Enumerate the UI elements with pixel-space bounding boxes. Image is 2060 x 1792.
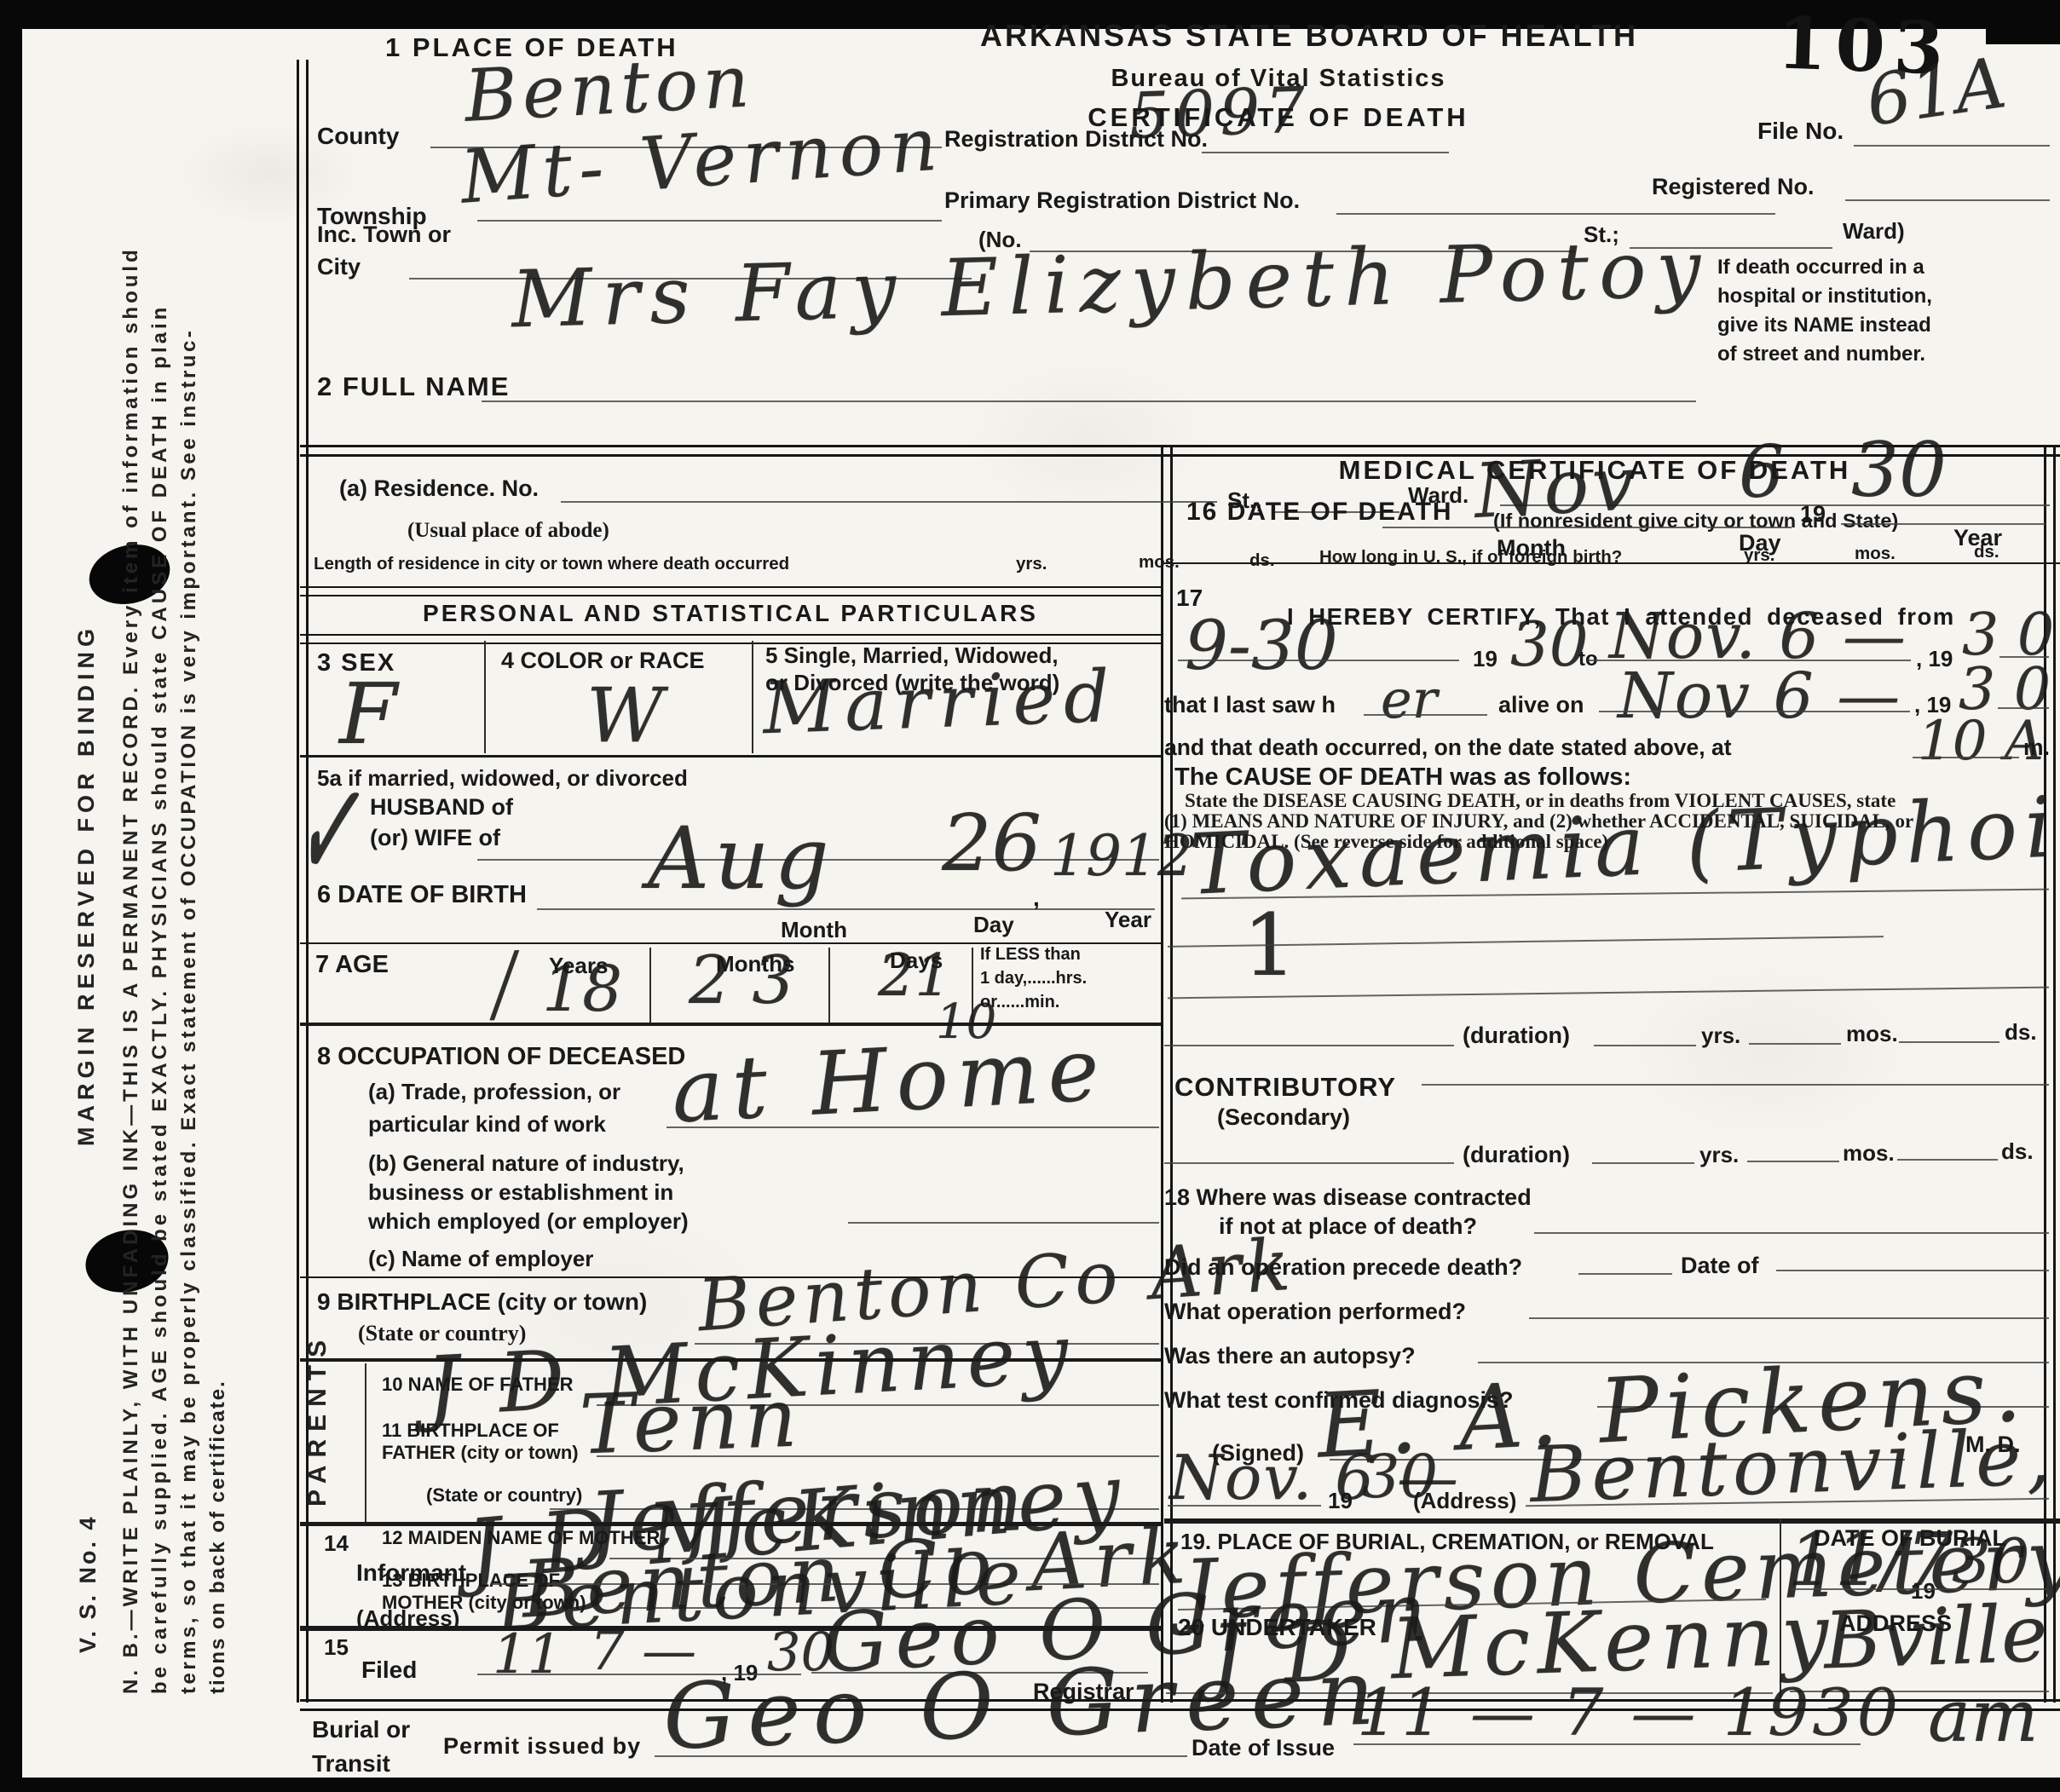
last-saw-value: Nov 6 — — [1618, 665, 1901, 728]
sign-address-label: (Address) — [1413, 1489, 1516, 1512]
informant-number: 14 — [324, 1532, 349, 1554]
cause-duration-label: (duration) — [1463, 1024, 1570, 1047]
dod-year-label: Year — [1953, 527, 2002, 550]
contributory-line — [1422, 1084, 2049, 1086]
residence-label: (a) Residence. No. — [339, 477, 539, 500]
ampm-value: am — [1928, 1680, 2039, 1752]
ward-paren-label: Ward) — [1843, 220, 1905, 242]
dob-comma: , — [1033, 886, 1040, 910]
filed-number: 15 — [324, 1636, 349, 1658]
parents-bracket-line — [365, 1363, 366, 1524]
sex-value: F — [339, 673, 397, 757]
occupation-b-line — [848, 1222, 1159, 1224]
permit-line — [655, 1755, 1187, 1757]
length-residence-label: Length of residence in city or town wher… — [314, 556, 789, 573]
full-name-label: 2 FULL NAME — [317, 373, 510, 400]
margin-note-line4: tions on back of certificate. — [208, 1380, 228, 1694]
personal-section-title: PERSONAL AND STATISTICAL PARTICULARS — [300, 602, 1161, 625]
q-autopsy-label: Was there an autopsy? — [1164, 1345, 1416, 1368]
occupation-c: (c) Name of employer — [368, 1247, 593, 1270]
filed-label: Filed — [361, 1658, 417, 1682]
secondary-duration-line-2 — [1592, 1162, 1694, 1164]
attended-from-19: 19 — [1473, 648, 1497, 670]
dob-year-label: Year — [1105, 908, 1151, 931]
file-no-value: 61A — [1862, 49, 2010, 137]
hospital-note-1: If death occurred in a — [1717, 257, 1924, 278]
dob-month-value: Aug — [648, 816, 834, 902]
secondary-duration-line-4 — [1897, 1159, 1998, 1161]
occupation-a1: (a) Trade, profession, or — [368, 1080, 620, 1103]
file-no-label: File No. — [1757, 119, 1844, 143]
margin-form-number: V. S. No. 4 — [77, 1514, 100, 1653]
dod-month-line — [1382, 527, 1698, 528]
age-check-slash: ∕ — [494, 941, 515, 1026]
last-saw-her: er — [1381, 673, 1437, 726]
divider-sex-color — [484, 641, 486, 753]
undertaker-address-value: Bville — [1822, 1594, 2048, 1680]
q18-line-2: if not at place of death? — [1219, 1215, 1477, 1238]
scanned-death-certificate: MARGIN RESERVED FOR BINDING V. S. No. 4 … — [0, 0, 2060, 1792]
date-of-death-year-value: 30 — [1851, 433, 1947, 508]
age-label: 7 AGE — [315, 953, 389, 977]
age-less-label-1: If LESS than — [980, 946, 1081, 963]
age-less-label-2: 1 day,......hrs. — [980, 970, 1087, 987]
county-label: County — [317, 124, 399, 148]
attended-from-value: 9-30 — [1185, 612, 1338, 680]
duration-line-1 — [1164, 1045, 1454, 1046]
residence-line — [561, 501, 1217, 503]
rule-under-sex-row — [300, 755, 1161, 758]
rule-under-dod — [1164, 562, 2060, 564]
secondary-duration-ds: ds. — [2001, 1140, 2034, 1162]
father-birthplace-label-1: 11 BIRTHPLACE OF — [382, 1421, 559, 1440]
date-of-death-month-value: Nov — [1473, 446, 1640, 529]
last-saw-line-1 — [1364, 714, 1487, 716]
dod-day-line — [1706, 527, 1792, 528]
secondary-duration-label: (duration) — [1463, 1144, 1570, 1167]
permit-issued-label: Permit issued by — [443, 1735, 641, 1758]
scan-edge-bottom — [0, 1778, 2060, 1792]
father-birthplace-label-2: FATHER (city or town) — [382, 1443, 579, 1462]
q18-line — [1534, 1232, 2049, 1234]
date-of-death-day-value: 6 — [1739, 436, 1784, 508]
duration-line-2 — [1594, 1045, 1696, 1046]
q-operation-label: Did an operation precede death? — [1164, 1256, 1522, 1279]
dob-day-label: Day — [973, 913, 1014, 936]
us-mos: mos. — [1855, 545, 1896, 563]
color-race-value: W — [586, 678, 663, 753]
transit-label: Transit — [312, 1752, 390, 1776]
length-ds: ds. — [1249, 552, 1275, 570]
duration-line-3 — [1749, 1043, 1841, 1045]
divider-months-days — [828, 948, 830, 1023]
age-years-value: 18 — [542, 958, 622, 1021]
occupation-label: 8 OCCUPATION OF DECEASED — [317, 1045, 685, 1069]
death-time-line — [1913, 757, 2019, 758]
death-time-m-label: m. — [2023, 736, 2050, 759]
death-occurred-statement: and that death occurred, on the date sta… — [1164, 736, 1732, 759]
registration-district-line — [1202, 152, 1449, 153]
margin-note-line3: terms, so that it may be properly classi… — [179, 328, 199, 1694]
cause-duration-ds: ds. — [2005, 1021, 2037, 1043]
full-name-line — [482, 400, 1696, 402]
contributory-label: CONTRIBUTORY — [1174, 1074, 1396, 1100]
occupation-b1: (b) General nature of industry, — [368, 1152, 684, 1174]
dod-year-line — [1841, 523, 2046, 525]
dob-day-value: 26 — [942, 804, 1042, 883]
primary-registration-line — [1336, 213, 1775, 215]
occupation-a-line — [666, 1126, 1159, 1128]
dob-month-label: Month — [781, 919, 847, 941]
burial-date-year: 30 — [1952, 1530, 2030, 1592]
hospital-note-3: give its NAME instead — [1717, 315, 1931, 336]
divider-years-months — [649, 948, 651, 1023]
parents-side-label: PARENTS — [305, 1333, 331, 1507]
scan-edge-left — [0, 0, 22, 1792]
cause-duration-mos: mos. — [1846, 1023, 1898, 1045]
margin-binding-note: MARGIN RESERVED FOR BINDING — [75, 624, 98, 1146]
color-race-label: 4 COLOR or RACE — [501, 649, 705, 672]
secondary-duration-line-1 — [1164, 1162, 1454, 1164]
father-birthplace-value: Tenn — [578, 1376, 803, 1466]
margin-note-line1: N. B.—WRITE PLAINLY, WITH UNFADING INK—T… — [121, 246, 141, 1694]
township-line — [477, 220, 942, 222]
secondary-label: (Secondary) — [1217, 1106, 1350, 1129]
registered-no-line — [1845, 199, 2050, 201]
date-of-death-19: 19 — [1800, 503, 1826, 526]
last-saw-label-2: alive on — [1498, 694, 1584, 717]
dod-day-label: Day — [1739, 532, 1781, 555]
secondary-duration-yrs: yrs. — [1699, 1144, 1739, 1166]
hospital-note-4: of street and number. — [1717, 344, 1925, 365]
informant-label: Informant — [356, 1561, 466, 1585]
q-what-operation-line — [1529, 1317, 2049, 1319]
marital-value: Married — [762, 660, 1119, 744]
scan-edge-top-right — [1986, 0, 2060, 44]
married-cond-label: 5a if married, widowed, or divorced — [317, 767, 688, 789]
q-operation-date-line — [1776, 1270, 2049, 1271]
q-operation-date-label: Date of — [1681, 1254, 1759, 1277]
inc-town-label-1: Inc. Town or — [317, 223, 451, 246]
rule-under-length-residence — [300, 586, 1161, 596]
attended-to-19: , 19 — [1916, 648, 1953, 670]
attended-line-1 — [1178, 660, 1459, 661]
q18-line-1: 18 Where was disease contracted — [1164, 1186, 1532, 1209]
date-of-issue-value: 11 — 7 — 1930 — [1357, 1680, 1901, 1745]
occupation-b2: business or establishment in — [368, 1181, 673, 1203]
age-months-value: 2 3 — [689, 948, 794, 1014]
dob-label: 6 DATE OF BIRTH — [317, 883, 527, 908]
occupation-b3: which employed (or employer) — [368, 1210, 689, 1232]
margin-note-line2: be carefully supplied. AGE should be sta… — [150, 304, 170, 1694]
date-of-death-label: 16 DATE OF DEATH — [1186, 499, 1453, 525]
dod-month-label: Month — [1497, 537, 1566, 560]
registered-no-label: Registered No. — [1652, 176, 1815, 199]
secondary-duration-mos: mos. — [1843, 1142, 1895, 1164]
duration-line-4 — [1899, 1041, 1999, 1043]
cause-duration-yrs: yrs. — [1701, 1024, 1740, 1046]
wife-of-label: (or) WIFE of — [370, 827, 500, 850]
last-saw-line-2 — [1599, 711, 1910, 712]
q-what-operation-label: What operation performed? — [1164, 1300, 1466, 1323]
primary-registration-label: Primary Registration District No. — [944, 189, 1300, 212]
date-of-issue-line — [1353, 1743, 1861, 1745]
sign-date-line — [1168, 1505, 1321, 1507]
abode-note: (Usual place of abode) — [407, 520, 609, 541]
occupation-a2: particular kind of work — [368, 1113, 606, 1135]
birthplace-label: 9 BIRTHPLACE (city or town) — [317, 1290, 647, 1314]
date-of-issue-label: Date of Issue — [1192, 1737, 1335, 1760]
attended-to-value: Nov. 6 — — [1609, 605, 1907, 668]
last-saw-label-1: that I last saw h — [1164, 694, 1336, 717]
file-no-line — [1854, 145, 2050, 147]
inc-town-label-2: City — [317, 256, 361, 279]
divider-color-marital — [752, 641, 753, 753]
occupation-value: at Home — [670, 1027, 1110, 1137]
sign-date-19: 19 — [1328, 1489, 1353, 1512]
registration-district-value: 5097 — [1128, 78, 1312, 147]
husband-of-label: HUSBAND of — [370, 796, 513, 819]
dob-line — [537, 908, 1155, 910]
hospital-note-2: hospital or institution, — [1717, 286, 1932, 307]
burial-or-label: Burial or — [312, 1718, 410, 1742]
secondary-duration-line-3 — [1747, 1161, 1839, 1162]
last-saw-line-3 — [1998, 707, 2049, 709]
cause-of-death-heading: The CAUSE OF DEATH was as follows: — [1174, 765, 1631, 790]
board-title: ARKANSAS STATE BOARD OF HEALTH — [980, 20, 1577, 51]
attended-from-year: 30 — [1510, 614, 1589, 675]
length-yrs: yrs. — [1016, 556, 1047, 573]
q-operation-line — [1578, 1273, 1672, 1275]
